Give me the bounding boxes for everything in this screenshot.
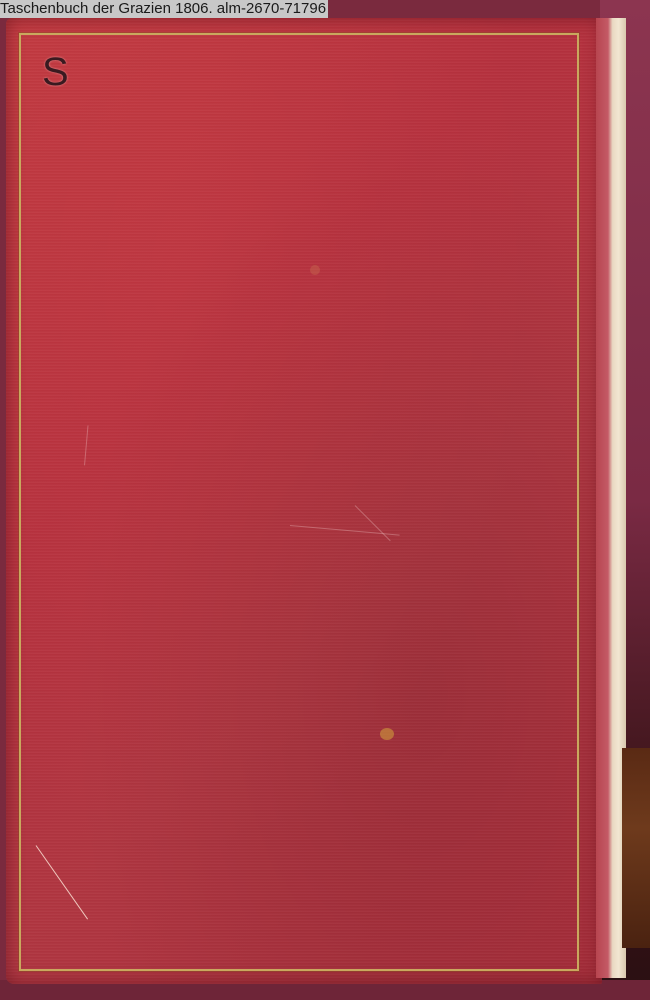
cover-stain bbox=[310, 265, 320, 275]
cover-stain bbox=[380, 728, 394, 740]
cover-mark-letter: S bbox=[42, 50, 69, 94]
image-caption: Taschenbuch der Grazien 1806. alm-2670-7… bbox=[0, 0, 328, 18]
spine-damage bbox=[622, 748, 650, 948]
gold-border-frame bbox=[19, 33, 579, 971]
